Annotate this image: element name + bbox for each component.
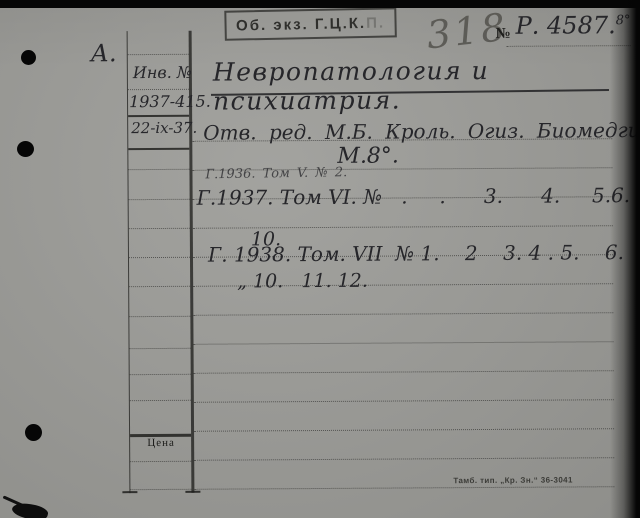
ruled-line bbox=[129, 199, 190, 200]
margin-letter: А. bbox=[91, 39, 117, 67]
ruled-line bbox=[194, 399, 614, 403]
ruled-line bbox=[130, 374, 191, 375]
editor-line: Отв. ред. М.Б. Кроль. Огиз. Биомедгиз. bbox=[203, 118, 640, 145]
journal-title: Невропатология и психиатрия. bbox=[213, 55, 639, 116]
ruled-line bbox=[129, 286, 190, 287]
scan-edge-top bbox=[0, 0, 640, 8]
stamp-text-faded: П. bbox=[366, 14, 385, 31]
ruled-line bbox=[128, 148, 189, 150]
format-note: М.8°. bbox=[337, 144, 399, 169]
ruled-line bbox=[129, 257, 190, 258]
printer-imprint: Тамб. тип. „Кр. Зн.“ 36-3041 bbox=[453, 475, 573, 485]
scan-edge-right bbox=[610, 0, 640, 518]
ruled-line bbox=[128, 115, 189, 117]
ruled-line bbox=[130, 489, 191, 490]
ruled-line bbox=[194, 341, 614, 345]
call-number-main: Р. 4587. bbox=[515, 11, 615, 40]
ruled-line bbox=[128, 169, 189, 170]
ruled-line bbox=[128, 54, 189, 55]
ruled-line bbox=[130, 400, 191, 401]
punch-hole bbox=[25, 424, 42, 441]
inventory-number: 1937-415. bbox=[129, 92, 211, 111]
card-content: Об. экз. Г.Ц.К.П. 318 № Р. 4587.8° А. Ин… bbox=[0, 0, 640, 518]
accession-date: 22-ix-37. bbox=[131, 119, 197, 137]
ruled-line bbox=[129, 316, 190, 317]
volume-1936-line: Г.1936. Том V. № 2. bbox=[205, 165, 347, 182]
punch-hole bbox=[21, 50, 36, 65]
number-sign: № bbox=[496, 26, 511, 43]
volume-1938-continuation: „ 10. 11. 12. bbox=[237, 270, 368, 293]
ruled-line bbox=[130, 461, 191, 462]
library-stamp: Об. экз. Г.Ц.К.П. bbox=[224, 7, 397, 40]
ruled-line bbox=[129, 228, 190, 229]
ruled-line bbox=[194, 428, 614, 432]
inventory-label: Инв. № bbox=[133, 63, 192, 82]
ruled-line bbox=[128, 89, 189, 90]
card-paper: Об. экз. Г.Ц.К.П. 318 № Р. 4587.8° А. Ин… bbox=[0, 7, 640, 518]
price-label: Цена bbox=[130, 437, 192, 449]
scanned-catalog-card: Об. экз. Г.Ц.К.П. 318 № Р. 4587.8° А. Ин… bbox=[0, 0, 640, 518]
bottom-tick-left bbox=[122, 491, 137, 493]
bottom-tick-right bbox=[185, 491, 200, 493]
ruled-line bbox=[194, 486, 614, 490]
punch-hole bbox=[17, 141, 34, 157]
ruled-line bbox=[194, 370, 614, 374]
ruled-line bbox=[193, 312, 613, 316]
ruled-line bbox=[130, 348, 191, 349]
volume-1937-line: Г.1937. Том VI. № . . 3. 4. 5.6. 7. 8. . bbox=[197, 182, 640, 210]
volume-1938-line: Г. 1938. Том. VII № 1. 2 3. 4 . 5. 6. 7/… bbox=[208, 240, 640, 267]
stamp-text: Об. экз. Г.Ц.К. bbox=[236, 14, 366, 34]
ruled-line bbox=[194, 457, 614, 461]
